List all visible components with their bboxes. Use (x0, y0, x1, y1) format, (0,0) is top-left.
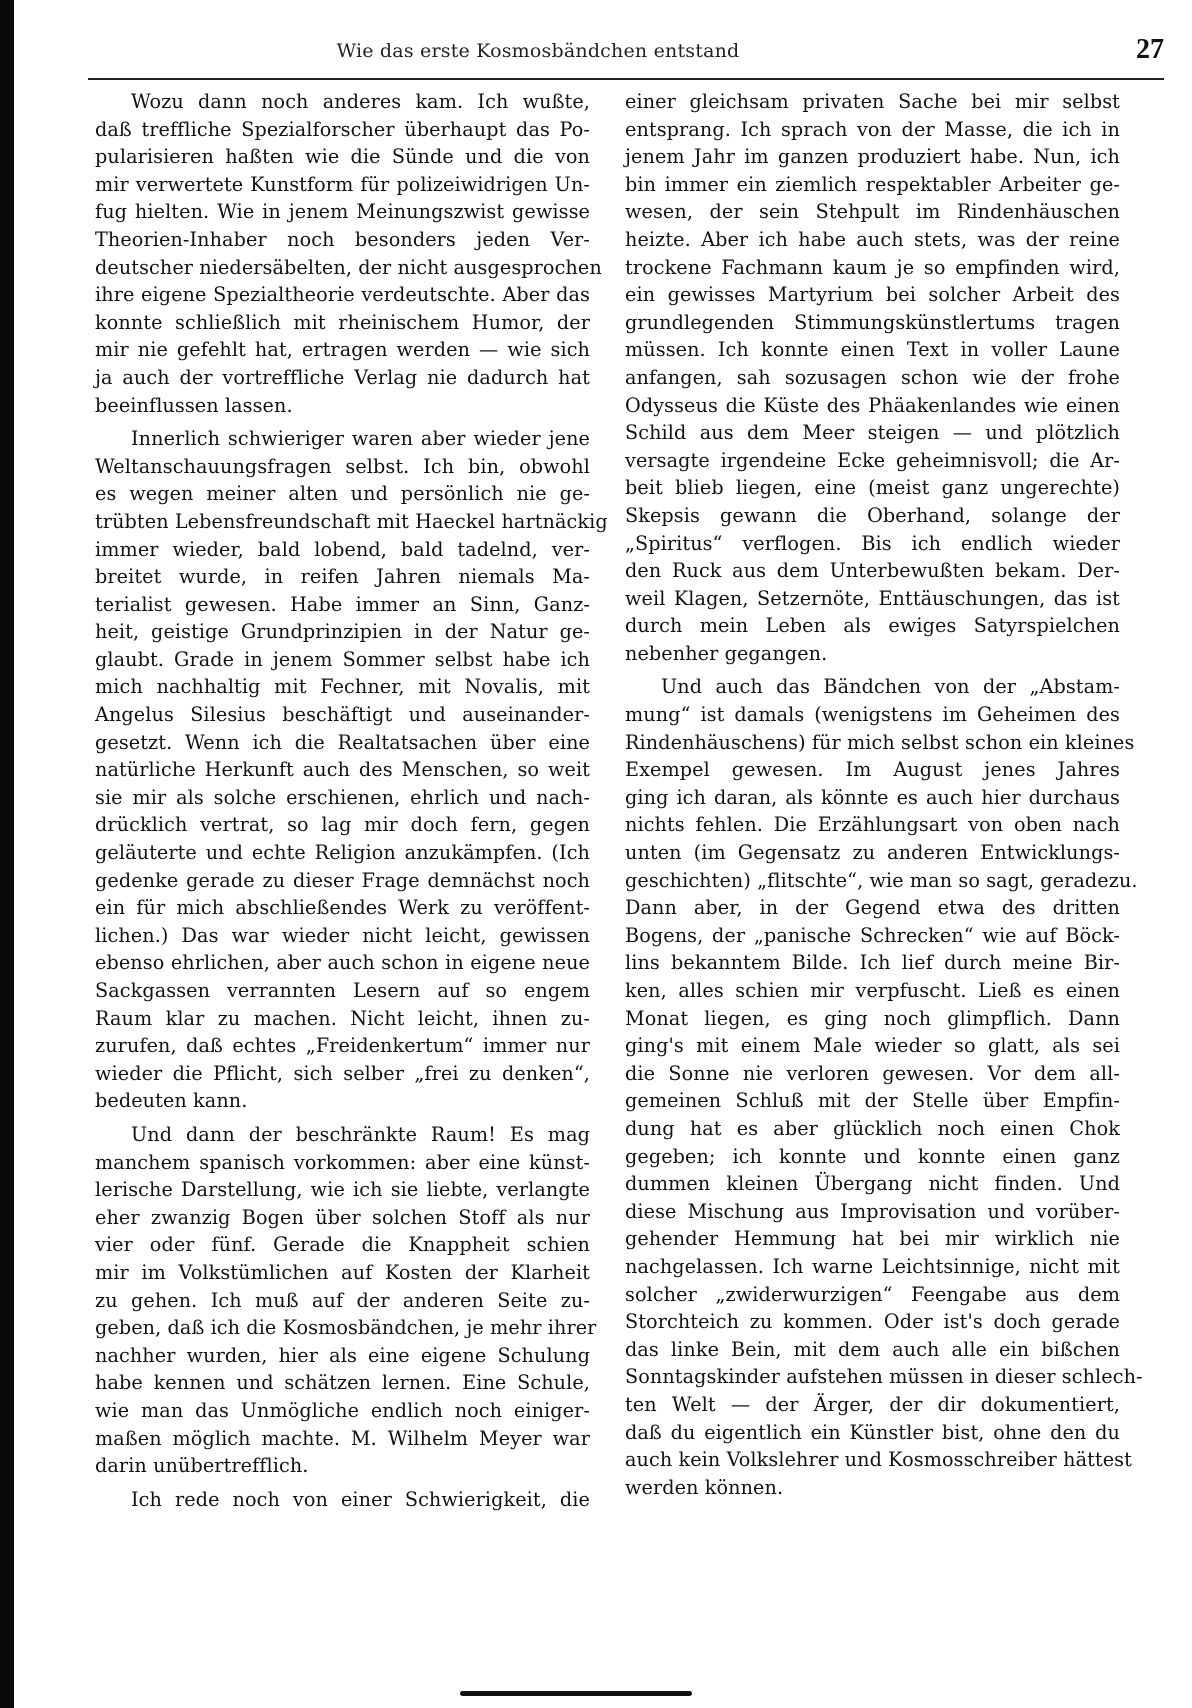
text-line: lichen.) Das war wieder nicht leicht, ge… (95, 922, 590, 950)
text-line: Rindenhäuschens) für mich selbst schon e… (625, 729, 1120, 757)
paragraph: Und dann der beschränkte Raum! Es magman… (95, 1121, 590, 1480)
text-line: glaubt. Grade in jenem Sommer selbst hab… (95, 646, 590, 674)
footer-rule (460, 1691, 692, 1696)
text-line: nichts fehlen. Die Erzählungsart von obe… (625, 811, 1120, 839)
text-line: die Sonne nie verloren gewesen. Vor dem … (625, 1060, 1120, 1088)
text-line: unten (im Gegensatz zu anderen Entwicklu… (625, 839, 1120, 867)
text-line: wie man das Unmögliche endlich noch eini… (95, 1397, 590, 1425)
text-line: Schild aus dem Meer steigen — und plötzl… (625, 419, 1120, 447)
text-line: auch kein Volkslehrer und Kosmosschreibe… (625, 1446, 1120, 1474)
text-line: darin unübertrefflich. (95, 1452, 590, 1480)
text-line: ebenso ehrlichen, aber auch schon in eig… (95, 949, 590, 977)
text-line: gegeben; ich konnte und konnte einen gan… (625, 1143, 1120, 1171)
text-line: grundlegenden Stimmungskünstlertums trag… (625, 309, 1120, 337)
left-column: Wozu dann noch anderes kam. Ich wußte,da… (95, 88, 590, 1513)
text-line: mung“ ist damals (wenigstens im Geheimen… (625, 701, 1120, 729)
text-line: Weltanschauungsfragen selbst. Ich bin, o… (95, 453, 590, 481)
text-line: ten Welt — der Ärger, der dir dokumentie… (625, 1391, 1120, 1419)
right-column: einer gleichsam privaten Sache bei mir s… (625, 88, 1120, 1501)
text-line: lins bekanntem Bilde. Ich lief durch mei… (625, 949, 1120, 977)
text-line: heizte. Aber ich habe auch stets, was de… (625, 226, 1120, 254)
page-number: 27 (1136, 34, 1164, 66)
scan-binding-edge (0, 0, 14, 1708)
text-line: „Spiritus“ verflogen. Bis ich endlich wi… (625, 530, 1120, 558)
text-line: pularisieren haßten wie die Sünde und di… (95, 143, 590, 171)
paragraph: Wozu dann noch anderes kam. Ich wußte,da… (95, 88, 590, 419)
text-line: Sackgassen verrannten Lesern auf so enge… (95, 977, 590, 1005)
text-line: Und auch das Bändchen von der „Abstam- (625, 673, 1120, 701)
text-line: deutscher niedersäbelten, der nicht ausg… (95, 254, 590, 282)
paragraph: Innerlich schwieriger waren aber wieder … (95, 425, 590, 1115)
text-line: ihre eigene Spezialtheorie verdeutschte.… (95, 281, 590, 309)
text-line: bin immer ein ziemlich respektabler Arbe… (625, 171, 1120, 199)
running-head: Wie das erste Kosmosbändchen entstand 27 (88, 26, 1164, 76)
text-line: ein für mich abschließendes Werk zu verö… (95, 894, 590, 922)
text-line: Sonntagskinder aufstehen müssen in diese… (625, 1363, 1120, 1391)
running-title: Wie das erste Kosmosbändchen entstand (88, 40, 988, 62)
text-line: fug hielten. Wie in jenem Meinungszwist … (95, 198, 590, 226)
text-line: terialist gewesen. Habe immer an Sinn, G… (95, 591, 590, 619)
text-line: anfangen, sah sozusagen schon wie der fr… (625, 364, 1120, 392)
text-line: müssen. Ich konnte einen Text in voller … (625, 336, 1120, 364)
text-line: ging's mit einem Male wieder so glatt, a… (625, 1032, 1120, 1060)
text-line: daß treffliche Spezialforscher überhaupt… (95, 116, 590, 144)
text-line: es wegen meiner alten und persönlich nie… (95, 480, 590, 508)
paragraph: einer gleichsam privaten Sache bei mir s… (625, 88, 1120, 667)
text-line: daß du eigentlich ein Künstler bist, ohn… (625, 1419, 1120, 1447)
text-line: geläuterte und echte Religion anzukämpfe… (95, 839, 590, 867)
text-line: den Ruck aus dem Unterbewußten bekam. De… (625, 557, 1120, 585)
text-line: mich nachhaltig mit Fechner, mit Novalis… (95, 673, 590, 701)
text-line: nachgelassen. Ich warne Leichtsinnige, n… (625, 1253, 1120, 1281)
paragraph: Ich rede noch von einer Schwierigkeit, d… (95, 1486, 590, 1514)
text-line: mir nie gefehlt hat, ertragen werden — w… (95, 336, 590, 364)
text-line: vier oder fünf. Gerade die Knappheit sch… (95, 1231, 590, 1259)
text-line: entsprang. Ich sprach von der Masse, die… (625, 116, 1120, 144)
text-line: geben, daß ich die Kosmosbändchen, je me… (95, 1314, 590, 1342)
text-line: bedeuten kann. (95, 1087, 590, 1115)
text-line: wieder die Pflicht, sich selber „frei zu… (95, 1060, 590, 1088)
text-line: geschichten) „flitschte“, wie man so sag… (625, 867, 1120, 895)
text-line: Ich rede noch von einer Schwierigkeit, d… (95, 1486, 590, 1514)
text-line: gehender Hemmung hat bei mir wirklich ni… (625, 1225, 1120, 1253)
text-line: jenem Jahr im ganzen produziert habe. Nu… (625, 143, 1120, 171)
text-line: beit blieb liegen, eine (meist ganz unge… (625, 474, 1120, 502)
text-line: Bogens, der „panische Schrecken“ wie auf… (625, 922, 1120, 950)
text-line: Exempel gewesen. Im August jenes Jahres (625, 756, 1120, 784)
text-line: gesetzt. Wenn ich die Realtatsachen über… (95, 729, 590, 757)
text-line: gedenke gerade zu dieser Frage demnächst… (95, 867, 590, 895)
paragraph: Und auch das Bändchen von der „Abstam-mu… (625, 673, 1120, 1501)
text-line: mir verwertete Kunstform für polizeiwidr… (95, 171, 590, 199)
text-line: dung hat es aber glücklich noch einen Ch… (625, 1115, 1120, 1143)
text-line: Und dann der beschränkte Raum! Es mag (95, 1121, 590, 1149)
text-line: gemeinen Schluß mit der Stelle über Empf… (625, 1087, 1120, 1115)
text-line: breitet wurde, in reifen Jahren niemals … (95, 563, 590, 591)
text-line: solcher „zwiderwurzigen“ Feengabe aus de… (625, 1281, 1120, 1309)
text-line: ging ich daran, als könnte es auch hier … (625, 784, 1120, 812)
text-line: dummen kleinen Übergang nicht finden. Un… (625, 1170, 1120, 1198)
text-line: einer gleichsam privaten Sache bei mir s… (625, 88, 1120, 116)
text-line: mir im Volkstümlichen auf Kosten der Kla… (95, 1259, 590, 1287)
text-line: nachher wurden, hier als eine eigene Sch… (95, 1342, 590, 1370)
text-line: heit, geistige Grundprinzipien in der Na… (95, 618, 590, 646)
text-line: trübten Lebensfreundschaft mit Haeckel h… (95, 508, 590, 536)
text-line: Dann aber, in der Gegend etwa des dritte… (625, 894, 1120, 922)
text-line: Innerlich schwieriger waren aber wieder … (95, 425, 590, 453)
text-line: maßen möglich machte. M. Wilhelm Meyer w… (95, 1425, 590, 1453)
text-line: lerische Darstellung, wie ich sie liebte… (95, 1176, 590, 1204)
text-line: Skepsis gewann die Oberhand, solange der (625, 502, 1120, 530)
text-line: manchem spanisch vorkommen: aber eine kü… (95, 1149, 590, 1177)
text-line: weil Klagen, Setzernöte, Enttäuschungen,… (625, 585, 1120, 613)
text-line: Theorien-Inhaber noch besonders jeden Ve… (95, 226, 590, 254)
text-line: diese Mischung aus Improvisation und vor… (625, 1198, 1120, 1226)
text-line: drücklich vertrat, so lag mir doch fern,… (95, 811, 590, 839)
header-rule (88, 78, 1164, 80)
text-line: immer wieder, bald lobend, bald tadelnd,… (95, 536, 590, 564)
text-line: habe kennen und schätzen lernen. Eine Sc… (95, 1369, 590, 1397)
text-line: beeinflussen lassen. (95, 392, 590, 420)
text-line: ein gewisses Martyrium bei solcher Arbei… (625, 281, 1120, 309)
text-line: natürliche Herkunft auch des Menschen, s… (95, 756, 590, 784)
text-line: Wozu dann noch anderes kam. Ich wußte, (95, 88, 590, 116)
text-line: wesen, der sein Stehpult im Rindenhäusch… (625, 198, 1120, 226)
text-line: durch mein Leben als ewiges Satyrspielch… (625, 612, 1120, 640)
text-line: trockene Fachmann kaum je so empfinden w… (625, 254, 1120, 282)
text-line: Angelus Silesius beschäftigt und auseina… (95, 701, 590, 729)
text-line: versagte irgendeine Ecke geheimnisvoll; … (625, 447, 1120, 475)
text-line: zu gehen. Ich muß auf der anderen Seite … (95, 1287, 590, 1315)
text-line: werden können. (625, 1474, 1120, 1502)
text-line: ja auch der vortreffliche Verlag nie dad… (95, 364, 590, 392)
text-line: nebenher gegangen. (625, 640, 1120, 668)
text-line: eher zwanzig Bogen über solchen Stoff al… (95, 1204, 590, 1232)
text-line: Odysseus die Küste des Phäakenlandes wie… (625, 392, 1120, 420)
text-line: Raum klar zu machen. Nicht leicht, ihnen… (95, 1005, 590, 1033)
text-line: Storchteich zu kommen. Oder ist's doch g… (625, 1308, 1120, 1336)
text-line: zurufen, daß echtes „Freidenkertum“ imme… (95, 1032, 590, 1060)
text-line: konnte schließlich mit rheinischem Humor… (95, 309, 590, 337)
text-line: Monat liegen, es ging noch glimpflich. D… (625, 1005, 1120, 1033)
text-line: ken, alles schien mir verpfuscht. Ließ e… (625, 977, 1120, 1005)
text-line: das linke Bein, mit dem auch alle ein bi… (625, 1336, 1120, 1364)
text-line: sie mir als solche erschienen, ehrlich u… (95, 784, 590, 812)
